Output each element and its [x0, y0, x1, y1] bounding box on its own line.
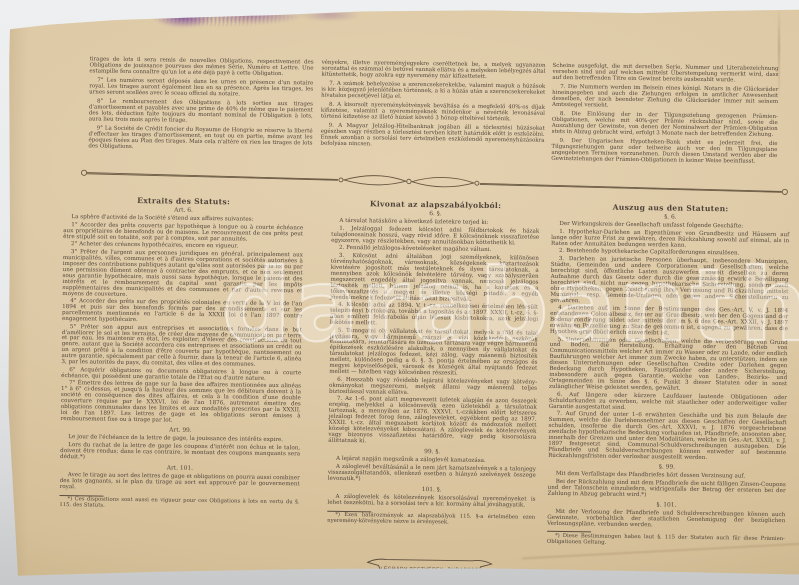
paragraph: 9° La Société de Crédit foncier du Royau…: [88, 125, 312, 152]
footnote: *) Ezen határozmányok az alapszabályok 1…: [327, 513, 535, 527]
column-title: Kivonat az alapszabályokból:: [332, 201, 540, 210]
paragraph: 9. A Magyar Jelzálog-Hitelbanknak jogába…: [320, 123, 544, 150]
paragraph: 3. Kölcsönt adni általában jogi személye…: [330, 254, 539, 305]
paragraph: 8. A kisorsolt nyereménykötvények bevált…: [321, 102, 545, 123]
paragraph: tirages de lots il sera remis de nouvell…: [89, 56, 313, 77]
printer-imprint-text: LÉGRÁDY TESTVÉREK, BUDAPEST: [380, 565, 478, 573]
paragraph: 7. Die Nummern werden im Beisein eines k…: [552, 84, 778, 111]
paragraph: 7. Auf Grund der unter 1–6 erwähnten Ges…: [548, 412, 787, 463]
conditions-column-french: tirages de lots il sera remis de nouvell…: [88, 56, 313, 155]
footnote: *) Ces dispositions sont aussi en vigueu…: [59, 497, 299, 512]
statutes-column-french: Extraits des Statuts:Art. 6.La sphère d'…: [59, 197, 303, 512]
conditions-section: tirages de lots il sera remis de nouvell…: [4, 55, 799, 66]
paragraph: Lors du rachat de la lettre de gage les …: [60, 443, 300, 464]
printer-imprint-plaque: LÉGRÁDY TESTVÉREK, BUDAPEST: [366, 556, 492, 580]
paragraph: A záloglevelek és kötelezvények kisorsol…: [327, 495, 535, 510]
paragraph: Mit der Verlosung der Pfandbriefe und Sc…: [547, 510, 785, 531]
paragraph: A záloglevél beváltásánál a le nem járt …: [328, 465, 536, 486]
statutes-column-hungarian: Kivonat az alapszabályokból:6. §.A társu…: [327, 201, 539, 528]
column-title: Extraits des Statuts:: [64, 197, 304, 206]
paragraph: 7° Les numéros seront déposés dans les u…: [89, 77, 313, 98]
statutes-column-german: Auszug aus den Statuten:§. 6.Der Wirkung…: [547, 204, 790, 549]
conditions-column-german: Scheine ausgefolgt, die mit derselben Se…: [551, 63, 778, 168]
paragraph: 4° Accorder des prêts sur des propriétés…: [62, 299, 302, 326]
paragraph: 9. Der Ungarischen Hypotheken-Bank steht…: [551, 138, 777, 165]
paragraph: Bei der Rückzahlung sind mit dem Pfandbr…: [548, 480, 786, 501]
paragraph: 7. A számok behelyezése a szerencsekerek…: [321, 81, 545, 102]
paragraph: 4. Kölcsönt adni az 1894. V. t.-cz. rend…: [330, 303, 538, 330]
printed-content: tirages de lots il sera remis de nouvell…: [0, 3, 799, 585]
paragraph: 4. Darlehen auf, im Sinne der Bestimmung…: [550, 306, 788, 339]
violet-ink-stamp-streaks: [152, 4, 362, 34]
paragraph: 8. Die Einlösung der in der Tilgungszieh…: [552, 111, 778, 138]
paragraph: 3. Darlehen an juristische Personen über…: [550, 257, 789, 308]
paragraph: Scheine ausgefolgt, die mit derselben Se…: [552, 63, 778, 84]
paragraph: Avec le tirage au sort des lettres de ga…: [60, 473, 300, 494]
statutes-section: Extraits des Statuts:Art. 6.La sphère d'…: [2, 196, 799, 207]
paragraph: vényekre, illetve nyereményjegyekre cser…: [321, 60, 545, 81]
footnote: *) Diese Bestimmungen haben laut §. 115 …: [547, 534, 785, 549]
scanned-bond-document-page: { "page": { "background_color": "#e8eaec…: [0, 0, 799, 585]
paragraph: 8° Le remboursement des Obligations à lo…: [89, 98, 313, 125]
divider-ornament: [76, 166, 794, 198]
paragraph: 5° Prêter son appui aux entreprises et a…: [61, 325, 302, 370]
column-title: Auszug aus den Statuten:: [552, 204, 790, 213]
aged-paper-sheet: tirages de lots il sera remis de nouvell…: [2, 4, 799, 578]
paragraph: 7° Émettre des lettres de gage sur la ba…: [61, 381, 302, 426]
paragraph: 7. Az 1–6. pont alatt megnevezett üzlete…: [328, 397, 537, 448]
paragraph: 5. Támogatni oly vállalatokat és társula…: [329, 328, 538, 379]
paragraph: 3° Prêter de l'argent aux personnes juri…: [62, 250, 303, 301]
paragraph: 5. Unternehmungen oder Gesellschaften, w…: [549, 337, 788, 394]
conditions-column-hungarian: vényekre, illetve nyereményjegyekre cser…: [320, 60, 545, 153]
